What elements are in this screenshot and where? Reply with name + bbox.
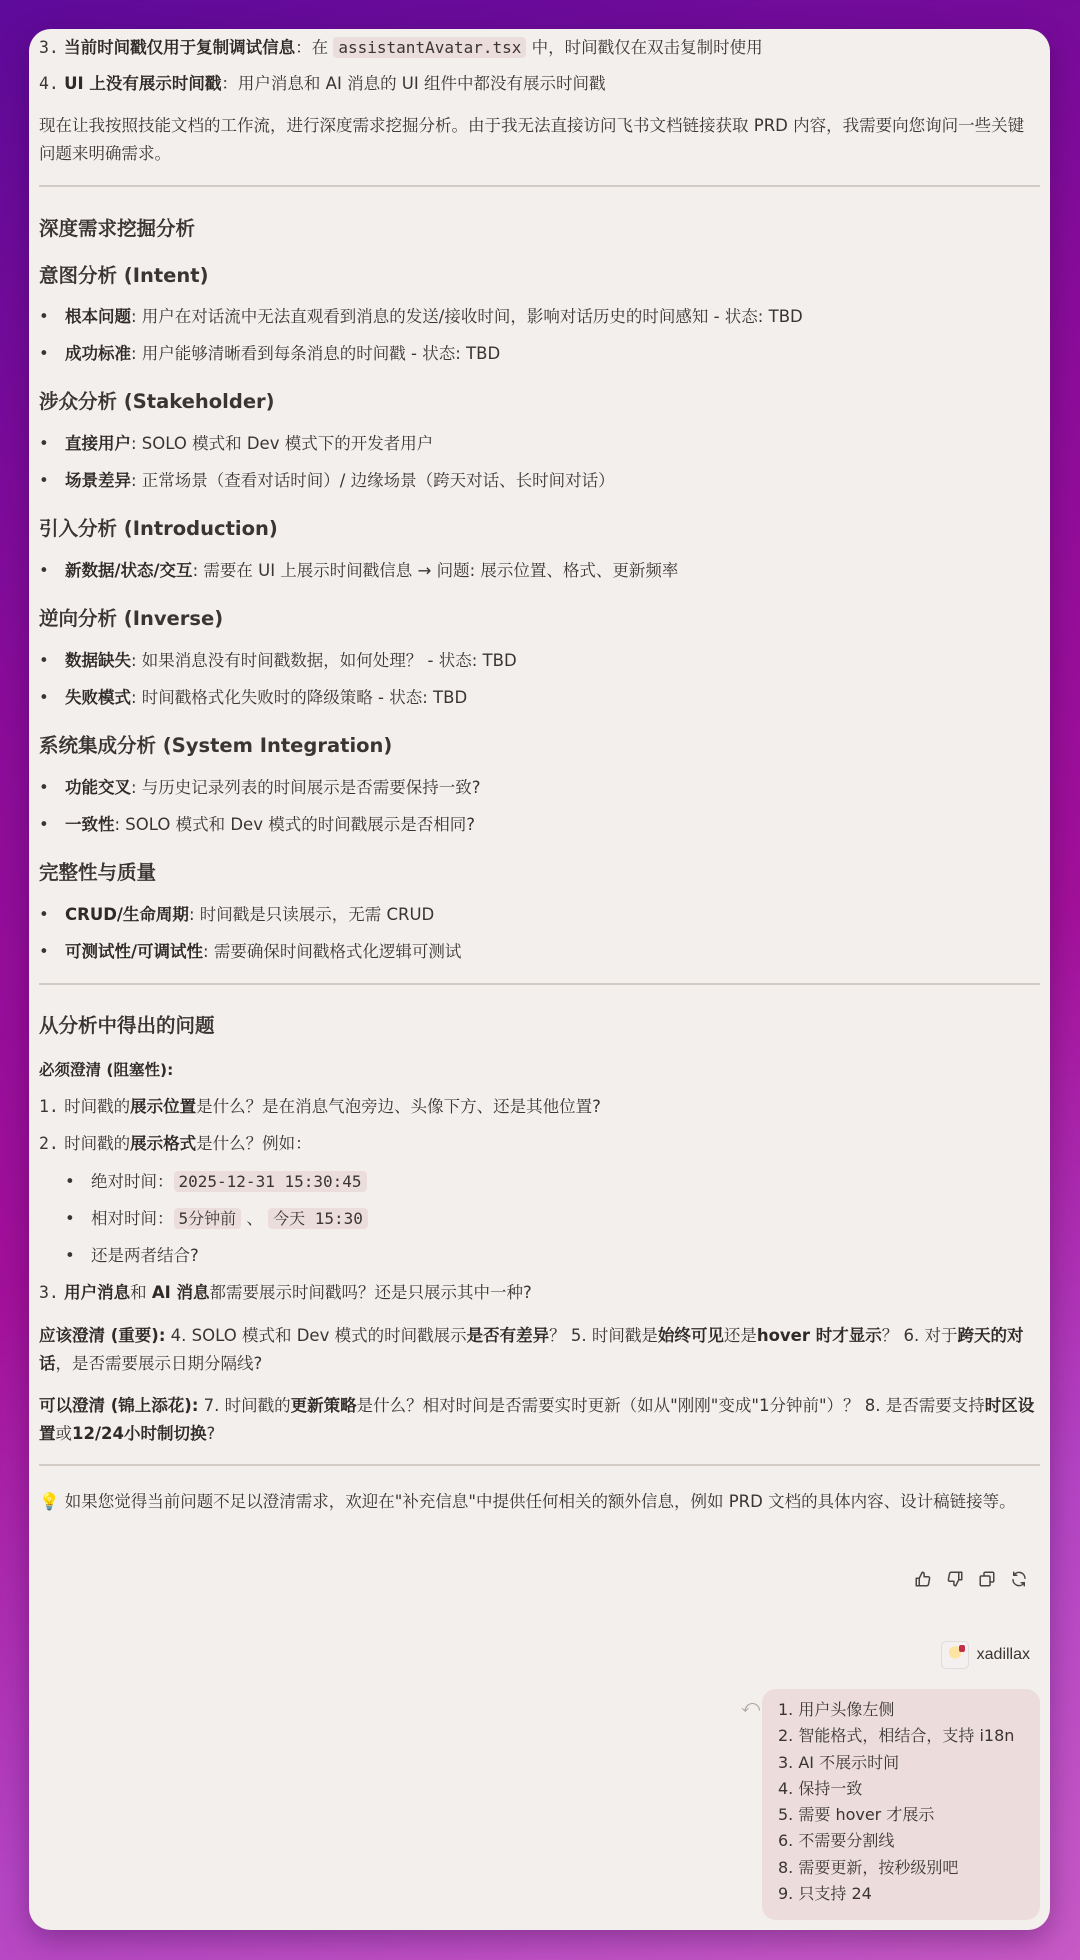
section-heading: 意图分析 (Intent) [39,260,209,288]
divider [39,1464,1040,1466]
intro-item-3: 3. 当前时间戳仅用于复制调试信息：在 assistantAvatar.tsx … [39,35,763,61]
must-clarify-label: 必须澄清 (阻塞性): [39,1057,173,1083]
avatar [941,1641,969,1669]
thumbs-down-icon[interactable] [946,1570,964,1588]
message-line: 5. 需要 hover 才展示 [778,1802,1026,1828]
intro-item-4: 4. UI 上没有展示时间戳：用户消息和 AI 消息的 UI 组件中都没有展示时… [39,71,606,97]
regenerate-icon[interactable] [1010,1570,1028,1588]
user-header: xadillax [941,1641,1030,1669]
list-item: 成功标准: 用户能够清晰看到每条消息的时间戳 - 状态: TBD [65,341,500,367]
question-2: 2. 时间戳的展示格式是什么？例如： [39,1131,312,1157]
message-actions [914,1570,1028,1588]
section-heading: 系统集成分析 (System Integration) [39,730,392,758]
could-clarify: 可以澄清 (锦上添花): 7. 时间戳的更新策略是什么？相对时间是否需要实时更新… [39,1392,1040,1448]
list-item: 一致性: SOLO 模式和 Dev 模式的时间戳展示是否相同? [65,812,475,838]
list-item: 功能交叉: 与历史记录列表的时间展示是否需要保持一致? [65,775,481,801]
intro-paragraph: 现在让我按照技能文档的工作流，进行深度需求挖掘分析。由于我无法直接访问飞书文档链… [39,112,1040,168]
undo-icon[interactable]: ⤺ [741,1696,760,1717]
format-relative: 相对时间：5分钟前 、 今天 15:30 [91,1206,368,1232]
user-message-bubble: 1. 用户头像左侧 2. 智能格式，相结合，支持 i18n 3. AI 不展示时… [762,1689,1040,1920]
message-line: 2. 智能格式，相结合，支持 i18n [778,1723,1026,1749]
should-clarify: 应该澄清 (重要): 4. SOLO 模式和 Dev 模式的时间戳展示是否有差异… [39,1322,1040,1378]
section-heading: 引入分析 (Introduction) [39,513,278,541]
analysis-title: 深度需求挖掘分析 [39,213,195,241]
inline-code: assistantAvatar.tsx [333,37,526,58]
inline-code: 2025-12-31 15:30:45 [174,1171,367,1192]
divider [39,185,1040,187]
list-item: 根本问题: 用户在对话流中无法直观看到消息的发送/接收时间，影响对话历史的时间感… [65,304,803,330]
question-3: 3. 用户消息和 AI 消息都需要展示时间戳吗？还是只展示其中一种? [39,1280,532,1306]
footer-tip: 💡 如果您觉得当前问题不足以澄清需求，欢迎在"补充信息"中提供任何相关的额外信息… [39,1488,1040,1516]
section-heading: 涉众分析 (Stakeholder) [39,386,275,414]
message-line: 1. 用户头像左侧 [778,1697,1026,1723]
list-item: 新数据/状态/交互: 需要在 UI 上展示时间戳信息 → 问题: 展示位置、格式… [65,558,678,584]
inline-code: 5分钟前 [174,1208,242,1229]
questions-title: 从分析中得出的问题 [39,1010,215,1038]
list-item: CRUD/生命周期: 时间戳是只读展示，无需 CRUD [65,902,434,928]
list-item: 可测试性/可调试性: 需要确保时间戳格式化逻辑可测试 [65,939,461,965]
question-1: 1. 时间戳的展示位置是什么？是在消息气泡旁边、头像下方、还是其他位置? [39,1094,601,1120]
list-item: 数据缺失: 如果消息没有时间戳数据，如何处理？ - 状态: TBD [65,648,517,674]
message-line: 6. 不需要分割线 [778,1828,1026,1854]
thumbs-up-icon[interactable] [914,1570,932,1588]
format-both: 还是两者结合? [91,1243,199,1269]
chat-window: 3. 当前时间戳仅用于复制调试信息：在 assistantAvatar.tsx … [29,29,1050,1930]
lightbulb-icon: 💡 [39,1492,60,1511]
list-item: 失败模式: 时间戳格式化失败时的降级策略 - 状态: TBD [65,685,467,711]
message-line: 8. 需要更新，按秒级别吧 [778,1855,1026,1881]
list-item: 场景差异: 正常场景（查看对话时间）/ 边缘场景（跨天对话、长时间对话） [65,468,615,494]
username: xadillax [977,1646,1030,1664]
section-heading: 逆向分析 (Inverse) [39,603,223,631]
inline-code: 今天 15:30 [268,1208,368,1229]
section-heading: 完整性与质量 [39,857,156,885]
format-absolute: 绝对时间：2025-12-31 15:30:45 [91,1169,367,1195]
list-item: 直接用户: SOLO 模式和 Dev 模式下的开发者用户 [65,431,433,457]
message-line: 4. 保持一致 [778,1776,1026,1802]
copy-icon[interactable] [978,1570,996,1588]
message-line: 3. AI 不展示时间 [778,1750,1026,1776]
divider [39,983,1040,985]
message-line: 9. 只支持 24 [778,1881,1026,1907]
